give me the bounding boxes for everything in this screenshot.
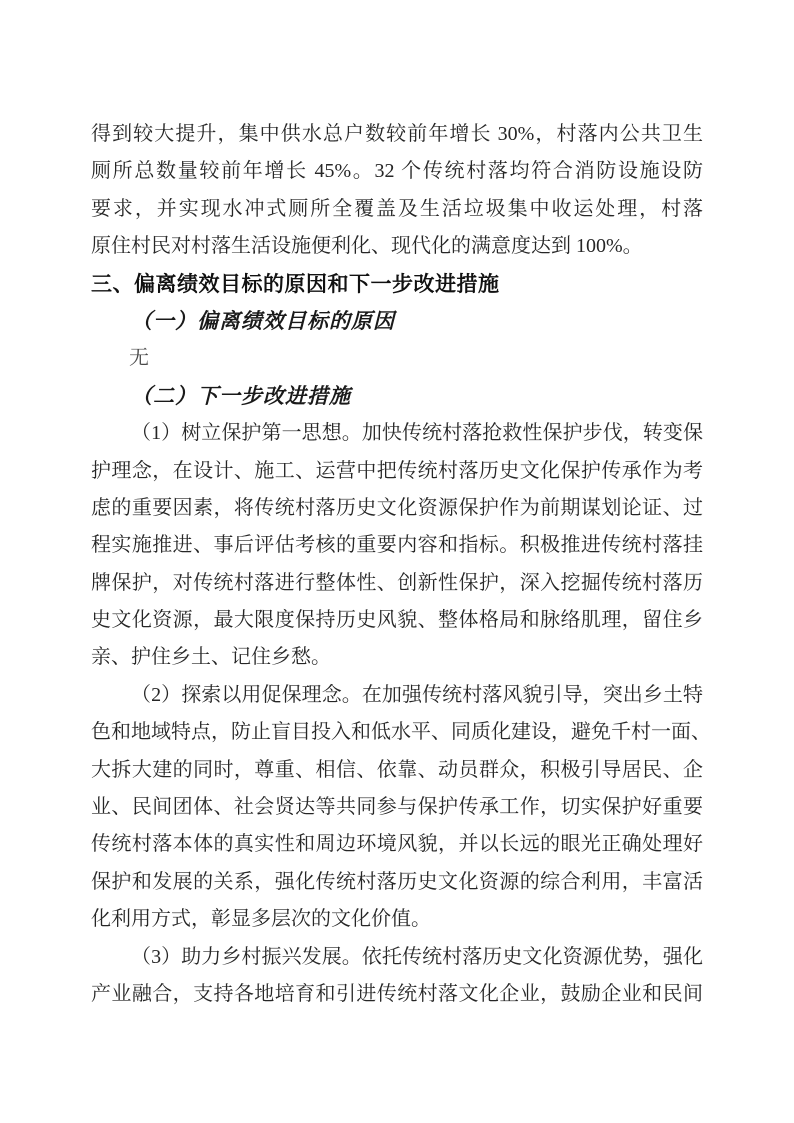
- text-line: （3）助力乡村振兴发展。依托传统村落历史文化资源优势，强化: [91, 939, 703, 976]
- text-line: 保护和发展的关系，强化传统村落历史文化资源的综合利用，丰富活: [91, 864, 703, 901]
- subsection-heading-reason: （一）偏离绩效目标的原因: [91, 303, 703, 340]
- text-line: 色和地域特点，防止盲目投入和低水平、同质化建设，避免千村一面、: [91, 714, 703, 751]
- text-line: 大拆大建的同时，尊重、相信、依靠、动员群众，积极引导居民、企: [91, 752, 703, 789]
- text-line: 护理念，在设计、施工、运营中把传统村落历史文化保护传承作为考: [91, 453, 703, 490]
- section-heading: 三、偏离绩效目标的原因和下一步改进措施: [91, 266, 703, 303]
- text-line: 厕所总数量较前年增长 45%。32 个传统村落均符合消防设施设防: [91, 153, 703, 190]
- text-line: 原住村民对村落生活设施便利化、现代化的满意度达到 100%。: [91, 228, 703, 265]
- page-content: 得到较大提升，集中供水总户数较前年增长 30%，村落内公共卫生厕所总数量较前年增…: [91, 116, 703, 1013]
- text-line: 得到较大提升，集中供水总户数较前年增长 30%，村落内公共卫生: [91, 116, 703, 153]
- text-line: （1）树立保护第一思想。加快传统村落抢救性保护步伐，转变保: [91, 415, 703, 452]
- paragraph-measure-3: （3）助力乡村振兴发展。依托传统村落历史文化资源优势，强化产业融合，支持各地培育…: [91, 939, 703, 1014]
- text-line: 牌保护，对传统村落进行整体性、创新性保护，深入挖掘传统村落历: [91, 565, 703, 602]
- text-line: 要求，并实现水冲式厕所全覆盖及生活垃圾集中收运处理，村落: [91, 191, 703, 228]
- text-line: 业、民间团体、社会贤达等共同参与保护传承工作，切实保护好重要: [91, 789, 703, 826]
- paragraph-measure-2: （2）探索以用促保理念。在加强传统村落风貌引导，突出乡土特色和地域特点，防止盲目…: [91, 677, 703, 939]
- text-line: 亲、护住乡土、记住乡愁。: [91, 639, 703, 676]
- text-line: 产业融合，支持各地培育和引进传统村落文化企业，鼓励企业和民间: [91, 976, 703, 1013]
- text-line: 史文化资源，最大限度保持历史风貌、整体格局和脉络肌理，留住乡: [91, 602, 703, 639]
- paragraph-measure-1: （1）树立保护第一思想。加快传统村落抢救性保护步伐，转变保护理念，在设计、施工、…: [91, 415, 703, 677]
- text-line: 虑的重要因素，将传统村落历史文化资源保护作为前期谋划论证、过: [91, 490, 703, 527]
- text-line: 化利用方式，彰显多层次的文化价值。: [91, 901, 703, 938]
- text-line: 程实施推进、事后评估考核的重要内容和指标。积极推进传统村落挂: [91, 527, 703, 564]
- subsection-heading-improvements: （二）下一步改进措施: [91, 378, 703, 415]
- text-line: 传统村落本体的真实性和周边环境风貌，并以长远的眼光正确处理好: [91, 826, 703, 863]
- text-line: （2）探索以用促保理念。在加强传统村落风貌引导，突出乡土特: [91, 677, 703, 714]
- document-page: 得到较大提升，集中供水总户数较前年增长 30%，村落内公共卫生厕所总数量较前年增…: [0, 0, 794, 1123]
- paragraph-continuation: 得到较大提升，集中供水总户数较前年增长 30%，村落内公共卫生厕所总数量较前年增…: [91, 116, 703, 266]
- answer-none-text: 无: [91, 340, 703, 377]
